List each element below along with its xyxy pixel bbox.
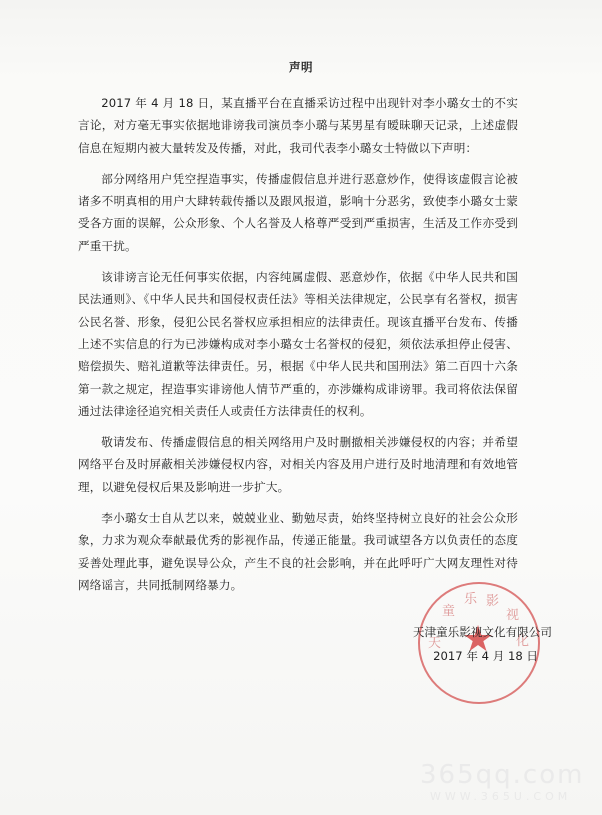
paragraph-legal-basis: 该诽谤言论无任何事实依据，内容纯属虚假、恶意炒作，依据《中华人民共和国民法通则》… bbox=[78, 266, 518, 422]
paragraph-incident: 2017 年 4 月 18 日，某直播平台在直播采访过程中出现针对李小璐女士的不… bbox=[78, 92, 518, 159]
signature-date: 2017 年 4 月 18 日 bbox=[413, 644, 538, 668]
document-title: 声明 bbox=[0, 59, 602, 75]
document-body: 2017 年 4 月 18 日，某直播平台在直播采访过程中出现针对李小璐女士的不… bbox=[78, 92, 518, 605]
paragraph-request: 敬请发布、传播虚假信息的相关网络用户及时删撤相关涉嫌侵权的内容；并希望网络平台及… bbox=[78, 431, 518, 498]
signature-company: 天津童乐影视文化有限公司 bbox=[413, 620, 552, 644]
scanned-document-page: 声明 2017 年 4 月 18 日，某直播平台在直播采访过程中出现针对李小璐女… bbox=[0, 0, 602, 815]
watermark-text: 365qq.com bbox=[420, 760, 584, 790]
watermark-url: WWW.365U.COM bbox=[430, 790, 571, 803]
paragraph-impact: 部分网络用户凭空捏造事实，传播虚假信息并进行恶意炒作，使得该虚假言论被诸多不明真… bbox=[78, 168, 518, 257]
signature-block: 天津童乐影视文化有限公司 2017 年 4 月 18 日 bbox=[413, 620, 552, 668]
paragraph-appeal: 李小璐女士自从艺以来，兢兢业业、勤勉尽责，始终坚持树立良好的社会公众形象，力求为… bbox=[78, 507, 518, 596]
